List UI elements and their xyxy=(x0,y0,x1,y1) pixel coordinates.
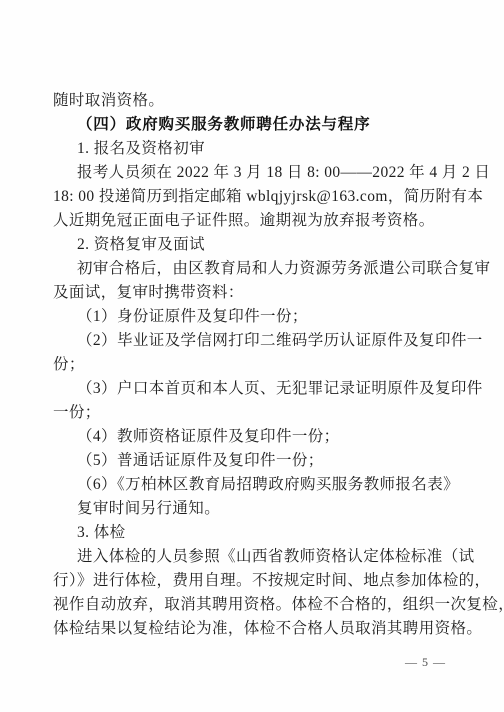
text-line: （5）普通话证原件及复印件一份； xyxy=(53,449,465,473)
text-line: 份； xyxy=(53,353,465,377)
document-body: 随时取消资格。（四）政府购买服务教师聘任办法与程序1. 报名及资格初审报考人员须… xyxy=(53,89,465,641)
text-line: 初审合格后，由区教育局和人力资源劳务派遣公司联合复审 xyxy=(53,257,465,281)
text-line: （6）《万柏林区教育局招聘政府购买服务教师报名表》 xyxy=(53,473,465,497)
text-line: （2）毕业证及学信网打印二维码学历认证原件及复印件一 xyxy=(53,329,465,353)
text-line: 视作自动放弃，取消其聘用资格。体检不合格的，组织一次复检， xyxy=(53,593,465,617)
document-page: 随时取消资格。（四）政府购买服务教师聘任办法与程序1. 报名及资格初审报考人员须… xyxy=(0,0,504,712)
text-line: 人近期免冠正面电子证件照。逾期视为放弃报考资格。 xyxy=(53,209,465,233)
text-line: 行）》进行体检，费用自理。不按规定时间、地点参加体检的， xyxy=(53,569,465,593)
text-line: 体检结果以复检结论为准，体检不合格人员取消其聘用资格。 xyxy=(53,617,465,641)
text-line: 及面试，复审时携带资料： xyxy=(53,281,465,305)
text-line: 随时取消资格。 xyxy=(53,89,465,113)
page-number: — 5 — xyxy=(405,654,446,670)
text-line: （1）身份证原件及复印件一份； xyxy=(53,305,465,329)
text-line: （4）教师资格证原件及复印件一份； xyxy=(53,425,465,449)
text-line: 2. 资格复审及面试 xyxy=(53,233,465,257)
text-line: 一份； xyxy=(53,401,465,425)
text-line: （3）户口本首页和本人页、无犯罪记录证明原件及复印件 xyxy=(53,377,465,401)
section-heading-line: （四）政府购买服务教师聘任办法与程序 xyxy=(53,113,465,137)
text-line: 进入体检的人员参照《山西省教师资格认定体检标准（试 xyxy=(53,545,465,569)
text-line: 1. 报名及资格初审 xyxy=(53,137,465,161)
text-line: 3. 体检 xyxy=(53,521,465,545)
text-line: 报考人员须在 2022 年 3 月 18 日 8: 00——2022 年 4 月… xyxy=(53,161,465,185)
text-line: 复审时间另行通知。 xyxy=(53,497,465,521)
text-line: 18: 00 投递简历到指定邮箱 wblqjyjrsk@163.com，简历附有… xyxy=(53,185,465,209)
